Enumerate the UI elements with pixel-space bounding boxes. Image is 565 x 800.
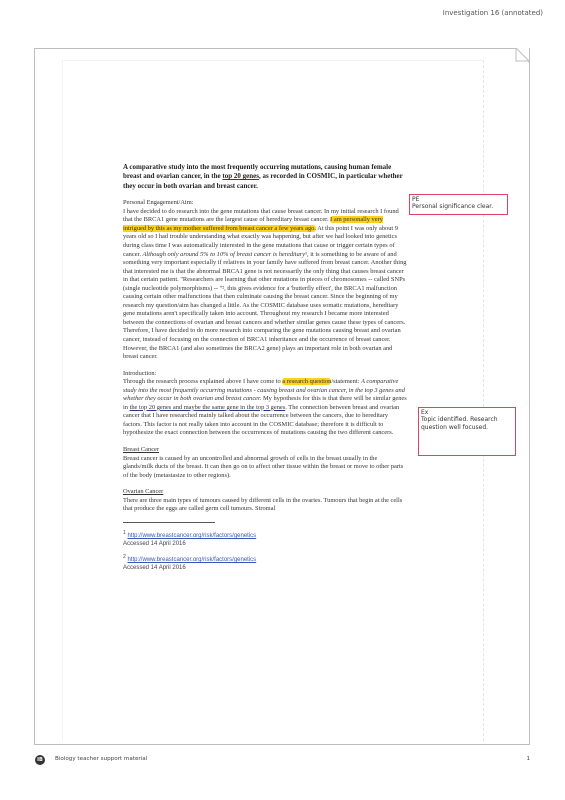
footnote-divider: [123, 522, 215, 523]
section-body: Through the research process explained a…: [123, 378, 407, 438]
annotation-criterion: Ex: [421, 409, 513, 416]
annotation-personal-engagement: PE Personal significance clear.: [409, 194, 508, 215]
page-number: 1: [526, 756, 530, 762]
section-ovarian-cancer: Ovarian Cancer There are three main type…: [123, 488, 407, 514]
footnote-1: 1 http://www.breastcancer.org/risk/facto…: [123, 529, 407, 548]
ib-logo-icon: IB: [35, 755, 45, 765]
section-body: I have decided to do research into the g…: [123, 208, 407, 362]
folded-corner-icon: [515, 48, 530, 63]
section-body: There are three main types of tumours ca…: [123, 497, 407, 514]
annotation-comment: Personal significance clear.: [412, 203, 505, 210]
title-underlined-phrase: top 20 genes: [222, 172, 259, 180]
student-report: A comparative study into the most freque…: [123, 163, 407, 577]
section-heading: Introduction:: [123, 370, 407, 379]
annotation-exploration: Ex Topic identified. Research question w…: [418, 407, 516, 456]
section-breast-cancer: Breast Cancer Breast cancer is caused by…: [123, 446, 407, 480]
section-body: Breast cancer is caused by an uncontroll…: [123, 455, 407, 481]
section-heading: Breast Cancer: [123, 446, 407, 455]
section-heading: Personal Engagement/Aim:: [123, 199, 407, 208]
section-personal-engagement: Personal Engagement/Aim: I have decided …: [123, 199, 407, 361]
footnote-link[interactable]: http://www.breastcancer.org/risk/factors…: [127, 557, 256, 563]
page-footer: IB Biology teacher support material 1: [34, 754, 530, 768]
section-introduction: Introduction: Through the research proce…: [123, 370, 407, 438]
report-title: A comparative study into the most freque…: [123, 163, 407, 191]
footnote-2: 2 http://www.breastcancer.org/risk/facto…: [123, 553, 407, 572]
annotation-comment: Topic identified. Research question well…: [421, 416, 513, 431]
footer-text: Biology teacher support material: [55, 756, 147, 762]
section-heading: Ovarian Cancer: [123, 488, 407, 497]
annotation-criterion: PE: [412, 196, 505, 203]
highlighted-text: a research question: [282, 378, 331, 385]
underlined-hypothesis: the top 20 genes and maybe the same gene…: [130, 404, 286, 411]
footnote-link[interactable]: http://www.breastcancer.org/risk/factors…: [127, 533, 256, 539]
document-header-title: Investigation 16 (annotated): [443, 9, 543, 17]
